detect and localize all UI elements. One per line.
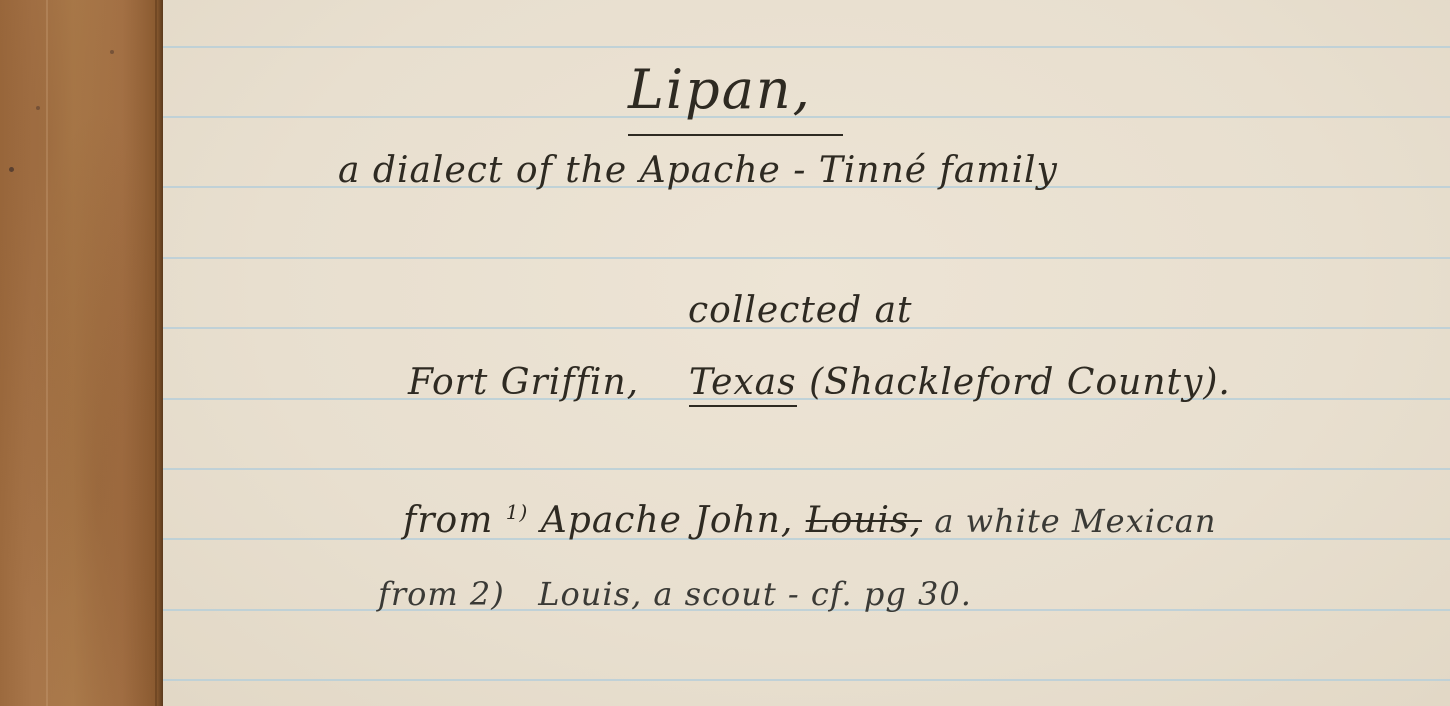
source-1-description: a white Mexican — [934, 502, 1216, 540]
collected-label: collected at — [688, 290, 913, 331]
rule-line — [163, 257, 1450, 259]
source-2-text: Louis, a scout - cf. pg 30. — [538, 575, 972, 613]
rule-line — [163, 46, 1450, 48]
location-line: Fort Griffin, Texas (Shackleford County)… — [408, 362, 1231, 403]
title-underline — [628, 134, 843, 136]
rule-line — [163, 679, 1450, 681]
source-2-prefix: from — [378, 575, 459, 613]
page-title: Lipan, — [628, 58, 812, 121]
source-1-struck-name: Louis, — [806, 500, 922, 541]
binding-spot — [36, 106, 40, 110]
source-1-name: Apache John, — [541, 500, 794, 541]
notebook-page: Lipan, a dialect of the Apache - Tinné f… — [163, 0, 1450, 706]
source-1-marker: 1) — [506, 500, 529, 524]
source-2-line: from 2) Louis, a scout - cf. pg 30. — [378, 575, 972, 613]
document-scan: Lipan, a dialect of the Apache - Tinné f… — [0, 0, 1450, 706]
rule-line — [163, 468, 1450, 470]
location-state: Texas — [689, 362, 797, 407]
source-1-line: from 1) Apache John, Louis, a white Mexi… — [403, 500, 1216, 541]
binding-spot — [110, 50, 114, 54]
subtitle: a dialect of the Apache - Tinné family — [338, 150, 1058, 191]
source-2-marker: 2) — [470, 575, 505, 613]
notebook-binding — [0, 0, 163, 706]
binding-spot — [9, 167, 14, 172]
location-place: Fort Griffin, — [408, 362, 639, 403]
source-1-prefix: from — [403, 500, 493, 541]
location-county: (Shackleford County). — [809, 362, 1231, 403]
